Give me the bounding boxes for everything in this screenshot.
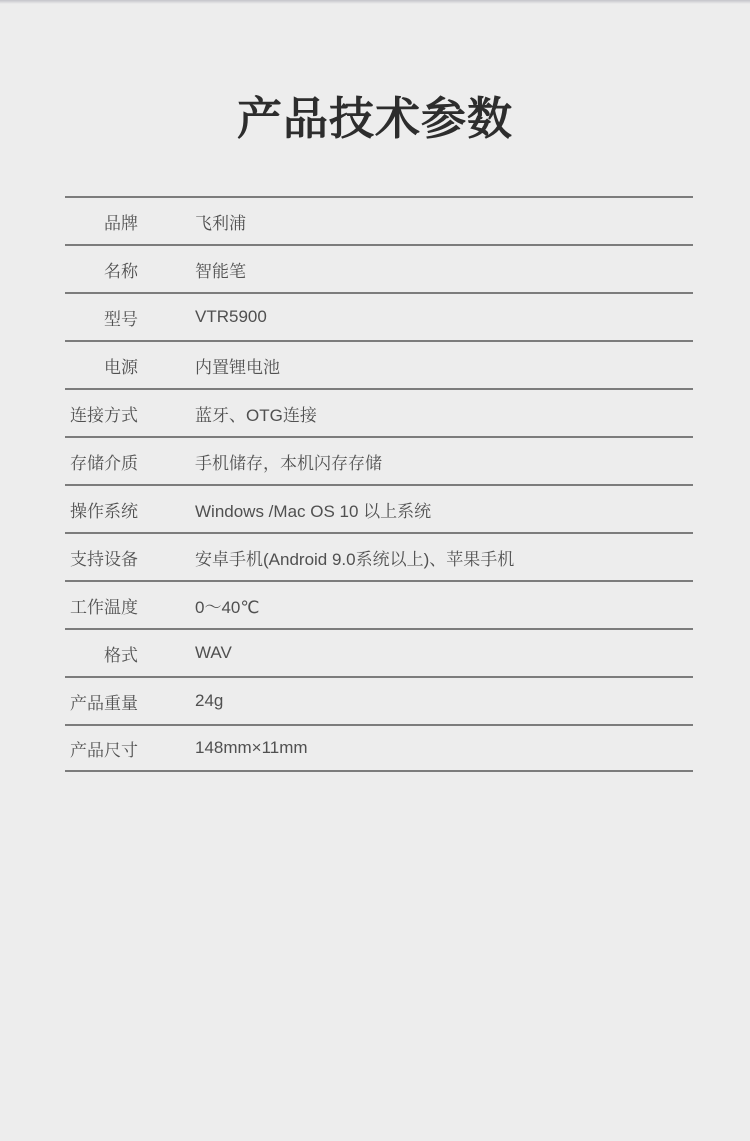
spec-row-value: VTR5900	[195, 307, 693, 327]
spec-table: 品牌飞利浦名称智能笔型号VTR5900电源内置锂电池连接方式蓝牙、OTG连接存储…	[65, 196, 693, 772]
spec-row: 电源内置锂电池	[65, 340, 693, 388]
spec-row: 型号VTR5900	[65, 292, 693, 340]
spec-row-label: 型号	[65, 305, 138, 330]
spec-row-value: 安卓手机(Android 9.0系统以上)、苹果手机	[195, 545, 693, 570]
spec-row: 存储介质手机储存，本机闪存存储	[65, 436, 693, 484]
spec-row-value: 飞利浦	[195, 209, 693, 234]
spec-row: 连接方式蓝牙、OTG连接	[65, 388, 693, 436]
spec-row-value: 蓝牙、OTG连接	[195, 401, 693, 426]
spec-row-value: 148mm×11mm	[195, 738, 693, 758]
spec-row-label: 品牌	[65, 209, 138, 234]
spec-row-label: 产品重量	[65, 689, 138, 714]
spec-row-value: 24g	[195, 691, 693, 711]
spec-row: 名称智能笔	[65, 244, 693, 292]
spec-row-label: 支持设备	[65, 545, 138, 570]
spec-row-label: 格式	[65, 641, 138, 666]
spec-row: 产品重量24g	[65, 676, 693, 724]
spec-row-value: 智能笔	[195, 257, 693, 282]
spec-row: 操作系统Windows /Mac OS 10 以上系统	[65, 484, 693, 532]
spec-row: 支持设备安卓手机(Android 9.0系统以上)、苹果手机	[65, 532, 693, 580]
spec-row-label: 名称	[65, 257, 138, 282]
spec-row-label: 电源	[65, 353, 138, 378]
spec-row: 产品尺寸148mm×11mm	[65, 724, 693, 772]
spec-row-value: 手机储存，本机闪存存储	[195, 449, 693, 474]
spec-row-label: 工作温度	[65, 593, 138, 618]
page-title: 产品技术参数	[0, 4, 750, 144]
spec-row-value: WAV	[195, 643, 693, 663]
spec-row-label: 存储介质	[65, 449, 138, 474]
spec-row: 格式WAV	[65, 628, 693, 676]
spec-row-value: 0～40℃	[195, 593, 693, 618]
spec-row-value: 内置锂电池	[195, 353, 693, 378]
spec-row-value: Windows /Mac OS 10 以上系统	[195, 497, 693, 522]
spec-row-label: 产品尺寸	[65, 736, 138, 761]
spec-row: 品牌飞利浦	[65, 196, 693, 244]
spec-row: 工作温度0～40℃	[65, 580, 693, 628]
spec-row-label: 连接方式	[65, 401, 138, 426]
spec-row-label: 操作系统	[65, 497, 138, 522]
